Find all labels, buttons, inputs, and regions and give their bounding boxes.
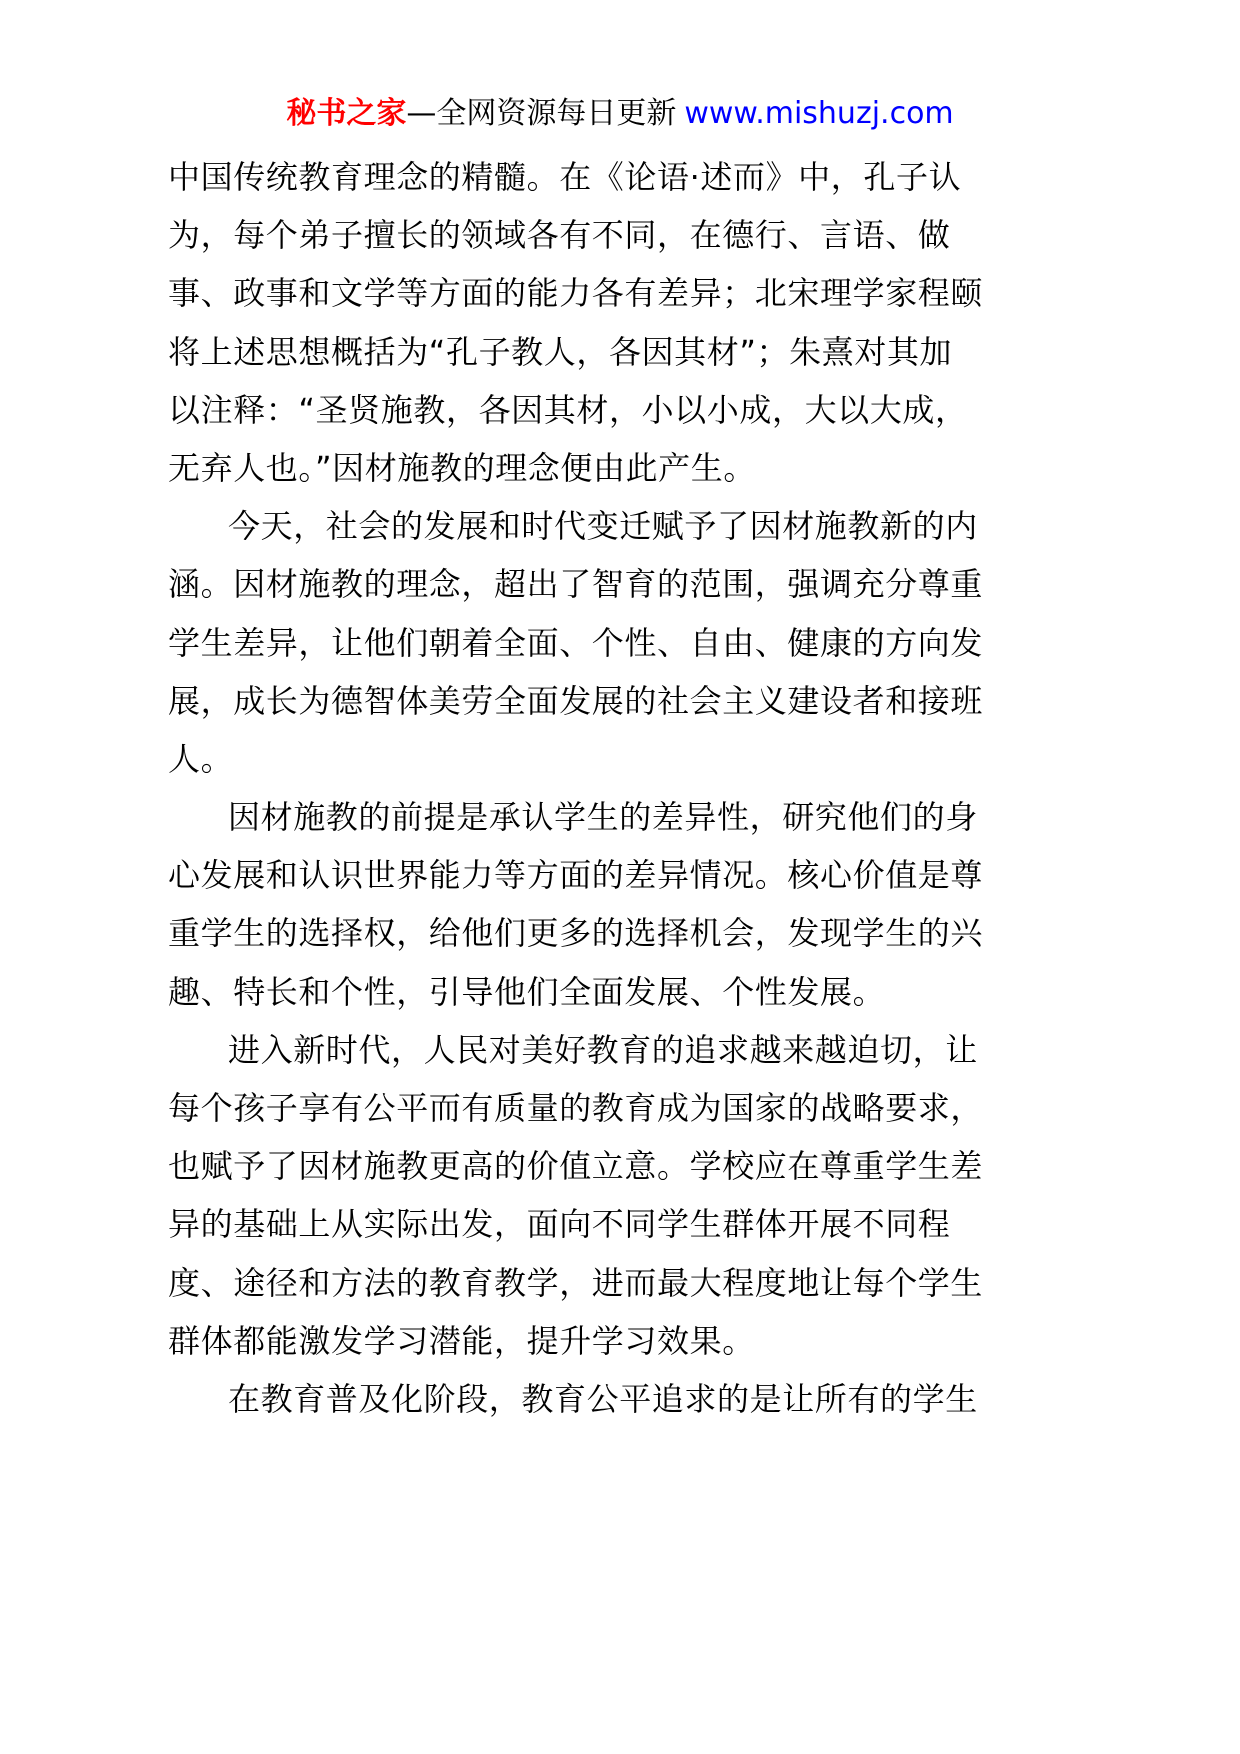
text-line: 以注释：“圣贤施教，各因其材，小以小成，大以大成， — [168, 381, 948, 439]
paragraph: 进入新时代，人民对美好教育的追求越来越迫切，让 每个孩子享有公平而有质量的教育成… — [168, 1021, 948, 1370]
header-url-link[interactable]: www.mishuzj.com — [684, 96, 953, 131]
text-line: 重学生的选择权，给他们更多的选择机会，发现学生的兴 — [168, 904, 948, 962]
header-slogan: —全网资源每日更新 — [406, 96, 676, 131]
document-body: 中国传统教育理念的精髓。在《论语·述而》中，孔子认 为，每个弟子擅长的领域各有不… — [168, 148, 948, 1428]
text-line: 中国传统教育理念的精髓。在《论语·述而》中，孔子认 — [168, 148, 948, 206]
text-line: 人。 — [168, 730, 948, 788]
text-line: 为，每个弟子擅长的领域各有不同，在德行、言语、做 — [168, 206, 948, 264]
text-line: 学生差异，让他们朝着全面、个性、自由、健康的方向发 — [168, 614, 948, 672]
text-line: 无弃人也。”因材施教的理念便由此产生。 — [168, 439, 948, 497]
paragraph: 今天，社会的发展和时代变迁赋予了因材施教新的内 涵。因材施教的理念，超出了智育的… — [168, 497, 948, 788]
paragraph: 在教育普及化阶段，教育公平追求的是让所有的学生 — [168, 1370, 948, 1428]
text-line: 心发展和认识世界能力等方面的差异情况。核心价值是尊 — [168, 846, 948, 904]
text-line: 群体都能激发学习潜能，提升学习效果。 — [168, 1312, 948, 1370]
text-line: 涵。因材施教的理念，超出了智育的范围，强调充分尊重 — [168, 555, 948, 613]
text-line: 将上述思想概括为“孔子教人，各因其材”；朱熹对其加 — [168, 323, 948, 381]
paragraph: 因材施教的前提是承认学生的差异性，研究他们的身 心发展和认识世界能力等方面的差异… — [168, 788, 948, 1021]
text-line: 展，成长为德智体美劳全面发展的社会主义建设者和接班 — [168, 672, 948, 730]
text-line: 也赋予了因材施教更高的价值立意。学校应在尊重学生差 — [168, 1137, 948, 1195]
text-line: 事、政事和文学等方面的能力各有差异；北宋理学家程颐 — [168, 264, 948, 322]
text-line: 趣、特长和个性，引导他们全面发展、个性发展。 — [168, 963, 948, 1021]
text-line: 每个孩子享有公平而有质量的教育成为国家的战略要求， — [168, 1079, 948, 1137]
text-line: 因材施教的前提是承认学生的差异性，研究他们的身 — [168, 788, 948, 846]
document-page: 秘书之家—全网资源每日更新www.mishuzj.com 中国传统教育理念的精髓… — [0, 0, 1240, 1754]
page-header: 秘书之家—全网资源每日更新www.mishuzj.com — [0, 92, 1240, 136]
text-line: 在教育普及化阶段，教育公平追求的是让所有的学生 — [168, 1370, 948, 1428]
text-line: 进入新时代，人民对美好教育的追求越来越迫切，让 — [168, 1021, 948, 1079]
paragraph: 中国传统教育理念的精髓。在《论语·述而》中，孔子认 为，每个弟子擅长的领域各有不… — [168, 148, 948, 497]
header-brand: 秘书之家 — [286, 96, 406, 131]
text-line: 今天，社会的发展和时代变迁赋予了因材施教新的内 — [168, 497, 948, 555]
text-line: 异的基础上从实际出发，面向不同学生群体开展不同程 — [168, 1195, 948, 1253]
text-line: 度、途径和方法的教育教学，进而最大程度地让每个学生 — [168, 1254, 948, 1312]
